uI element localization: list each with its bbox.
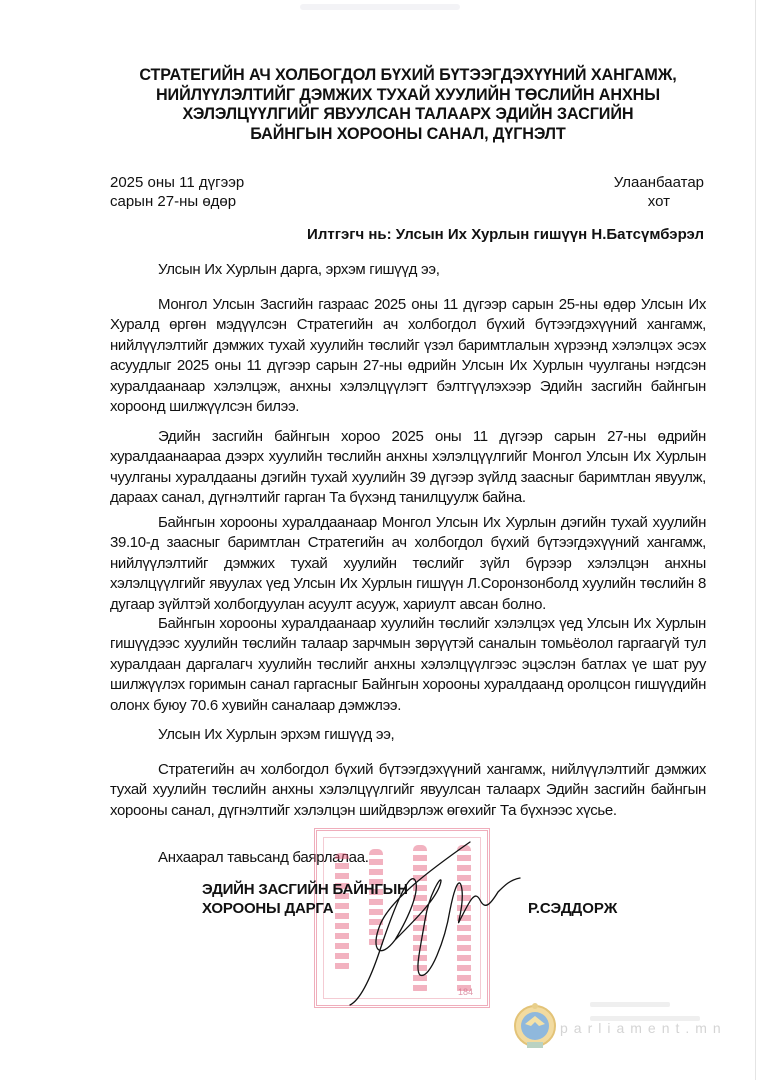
date-line: сарын 27-ны өдөр [110,192,244,211]
document-title: СТРАТЕГИЙН АЧ ХОЛБОГДОЛ БҮХИЙ БҮТЭЭГДЭХҮ… [110,66,706,144]
state-emblem-icon [513,1002,557,1054]
title-line: ХЭЛЭЛЦҮҮЛГИЙГ ЯВУУЛСАН ТАЛААРХ ЭДИЙН ЗАС… [110,105,706,125]
city-line: Улаанбаатар [614,173,704,192]
closing-paragraph: Стратегийн ач холбогдол бүхий бүтээгдэхү… [110,760,706,821]
page-edge [755,0,756,1080]
salutation-chair: Улсын Их Хурлын дарга, эрхэм гишүүд ээ, [158,260,440,280]
bleed-through-text [300,4,460,10]
date-line: 2025 оны 11 дүгээр [110,173,244,192]
website-watermark: parliament.mn [560,1020,727,1036]
paragraph-4: Байнгын хорооны хуралдаанаар хуулийн төс… [110,614,706,716]
document-date: 2025 оны 11 дүгээр сарын 27-ны өдөр [110,173,244,211]
bleed-through-text [590,1002,670,1007]
document-city: Улаанбаатар хот [614,173,704,211]
title-line: НИЙЛҮҮЛЭЛТИЙГ ДЭМЖИХ ТУХАЙ ХУУЛИЙН ТӨСЛИ… [110,86,706,106]
title-line: БАЙНГЫН ХОРООНЫ САНАЛ, ДҮГНЭЛТ [110,125,706,145]
paragraph-2: Эдийн засгийн байнгын хороо 2025 оны 11 … [110,427,706,509]
document-page: СТРАТЕГИЙН АЧ ХОЛБОГДОЛ БҮХИЙ БҮТЭЭГДЭХҮ… [0,0,762,1080]
city-line: хот [614,192,704,211]
reporter-line: Илтгэгч нь: Улсын Их Хурлын гишүүн Н.Бат… [307,225,704,244]
salutation-members: Улсын Их Хурлын эрхэм гишүүд ээ, [158,725,394,745]
handwritten-signature-icon [320,830,540,1010]
paragraph-1: Монгол Улсын Засгийн газраас 2025 оны 11… [110,295,706,417]
signatory-name: Р.СЭДДОРЖ [528,899,617,918]
paragraph-3: Байнгын хорооны хуралдаанаар Монгол Улсы… [110,513,706,615]
title-line: СТРАТЕГИЙН АЧ ХОЛБОГДОЛ БҮХИЙ БҮТЭЭГДЭХҮ… [110,66,706,86]
